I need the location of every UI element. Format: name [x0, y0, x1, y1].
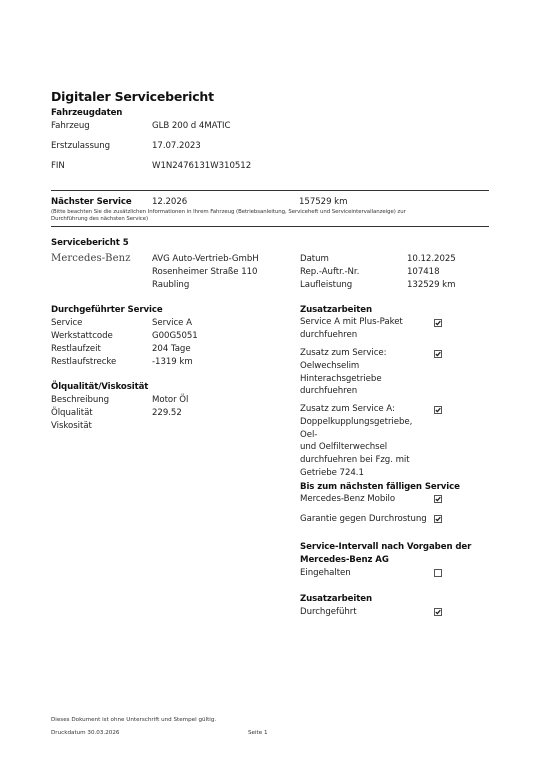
report-heading: Servicebericht 5 [51, 238, 129, 248]
vehicle-value-model: GLB 200 d 4MATIC [152, 121, 230, 131]
meta-value-order-no: 107418 [407, 267, 440, 277]
dealer-city: Raubling [152, 280, 189, 290]
performed-service-heading: Durchgeführter Service [51, 305, 163, 315]
dealer-name: AVG Auto-Vertrieb-GmbH [152, 254, 259, 264]
divider-top [51, 190, 489, 191]
checkmark-icon [435, 516, 441, 522]
additional-work-item-1: Service A mit Plus-Paket durchfuehren [300, 316, 425, 342]
additional-work-2-heading: Zusatzarbeiten [300, 594, 372, 604]
vehicle-value-registration: 17.07.2023 [152, 141, 201, 151]
divider-bottom [51, 226, 489, 227]
next-service-note-line2: Durchführung des nächsten Service) [51, 216, 148, 222]
performed-value-remaining-time: 204 Tage [152, 344, 191, 354]
mercedes-benz-logo: Mercedes-Benz [51, 253, 131, 264]
vehicle-heading: Fahrzeugdaten [51, 108, 122, 118]
oil-label-viscosity: Viskosität [51, 421, 92, 431]
additional-work-item-2-checkbox[interactable] [434, 350, 442, 358]
until-next-heading: Bis zum nächsten fälligen Service [300, 482, 460, 492]
additional-work-item-1-checkbox[interactable] [434, 319, 442, 327]
meta-label-date: Datum [300, 254, 329, 264]
performed-label-workshop-code: Werkstattcode [51, 331, 113, 341]
oil-label-description: Beschreibung [51, 395, 109, 405]
next-service-label: Nächster Service [51, 197, 132, 207]
until-next-item-mobilo: Mercedes-Benz Mobilo [300, 494, 395, 504]
document-title: Digitaler Servicebericht [51, 89, 214, 104]
vehicle-label-vin: FIN [51, 161, 65, 171]
until-next-mobilo-checkbox[interactable] [434, 495, 442, 503]
checkmark-icon [435, 320, 441, 326]
checkmark-icon [435, 496, 441, 502]
checkmark-icon [435, 351, 441, 357]
performed-value-service: Service A [152, 318, 192, 328]
additional-work-2-item-performed: Durchgeführt [300, 607, 357, 617]
next-service-note-line1: (Bitte beachten Sie die zusätzlichen Inf… [51, 209, 406, 215]
checkmark-icon [435, 407, 441, 413]
meta-label-mileage: Laufleistung [300, 280, 352, 290]
checkmark-icon [435, 609, 441, 615]
next-service-date: 12.2026 [152, 197, 187, 207]
performed-label-remaining-distance: Restlaufstrecke [51, 357, 116, 367]
meta-value-mileage: 132529 km [407, 280, 455, 290]
additional-work-item-3: Zusatz zum Service A: Doppelkupplungsget… [300, 403, 430, 480]
footer-page-number: Seite 1 [248, 730, 268, 736]
performed-label-service: Service [51, 318, 82, 328]
performed-value-workshop-code: G00G5051 [152, 331, 198, 341]
vehicle-label-registration: Erstzulassung [51, 141, 110, 151]
oil-label-quality: Ölqualität [51, 408, 93, 418]
until-next-rust-warranty-checkbox[interactable] [434, 515, 442, 523]
performed-value-remaining-distance: -1319 km [152, 357, 193, 367]
vehicle-label-model: Fahrzeug [51, 121, 90, 131]
performed-label-remaining-time: Restlaufzeit [51, 344, 101, 354]
until-next-item-rust-warranty: Garantie gegen Durchrostung [300, 514, 427, 524]
oil-value-quality: 229.52 [152, 408, 182, 418]
footer-disclaimer: Dieses Dokument ist ohne Unterschrift un… [51, 717, 216, 723]
vehicle-value-vin: W1N2476131W310512 [152, 161, 251, 171]
oil-value-description: Motor Öl [152, 395, 188, 405]
interval-heading-line2: Mercedes-Benz AG [300, 555, 389, 565]
interval-item-complied: Eingehalten [300, 568, 351, 578]
next-service-mileage: 157529 km [299, 197, 347, 207]
interval-complied-checkbox[interactable] [434, 569, 442, 577]
meta-label-order-no: Rep.-Auftr.-Nr. [300, 267, 359, 277]
footer-print-date: Druckdatum 30.03.2026 [51, 730, 119, 736]
additional-work-heading: Zusatzarbeiten [300, 305, 372, 315]
additional-work-2-performed-checkbox[interactable] [434, 608, 442, 616]
dealer-street: Rosenheimer Straße 110 [152, 267, 257, 277]
additional-work-item-3-checkbox[interactable] [434, 406, 442, 414]
meta-value-date: 10.12.2025 [407, 254, 456, 264]
interval-heading-line1: Service-Intervall nach Vorgaben der [300, 542, 471, 552]
additional-work-item-2: Zusatz zum Service: Oelwechselim Hintera… [300, 347, 425, 398]
oil-heading: Ölqualität/Viskosität [51, 382, 148, 392]
